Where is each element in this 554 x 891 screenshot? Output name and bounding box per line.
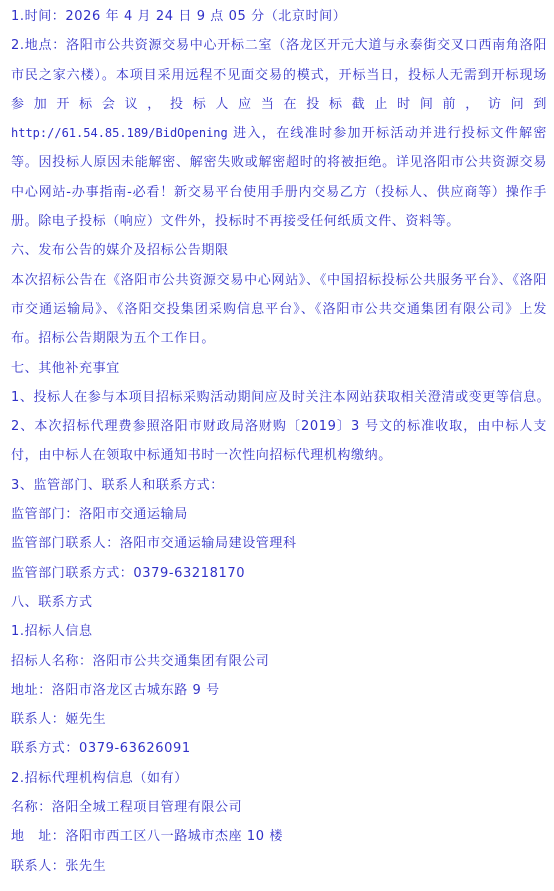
tenderer-phone: 联系方式：0379-63626091 <box>11 734 547 763</box>
supervisor-contact: 监管部门联系人：洛阳市交通运输局建设管理科 <box>11 529 547 558</box>
location-text-prefix: 2.地点：洛阳市公共资源交易中心开标二室（洛龙区开元大道与永泰街交叉口西南角洛阳… <box>11 38 547 112</box>
opening-location-paragraph: 2.地点：洛阳市公共资源交易中心开标二室（洛龙区开元大道与永泰街交叉口西南角洛阳… <box>11 31 547 236</box>
opening-time: 1.时间：2026 年 4 月 24 日 9 点 05 分（北京时间） <box>11 2 547 31</box>
section-8-heading: 八、联系方式 <box>11 588 547 617</box>
tenderer-address: 地址：洛阳市洛龙区古城东路 9 号 <box>11 676 547 705</box>
section-6-body: 本次招标公告在《洛阳市公共资源交易中心网站》、《中国招标投标公共服务平台》、《洛… <box>11 266 547 354</box>
section-7-item-1: 1、投标人在参与本项目招标采购活动期间应及时关注本网站获取相关澄清或变更等信息。 <box>11 383 547 412</box>
location-text-suffix: 进入，在线准时参加开标活动并进行投标文件解密等。因投标人原因未能解密、解密失败或… <box>11 126 547 229</box>
agency-address: 地 址：洛阳市西工区八一路城市杰座 10 楼 <box>11 822 547 851</box>
section-7-heading: 七、其他补充事宜 <box>11 354 547 383</box>
section-7-item-2: 2、本次招标代理费参照洛阳市财政局洛财购〔2019〕3 号文的标准收取，由中标人… <box>11 412 547 471</box>
agency-contact: 联系人：张先生 <box>11 852 547 881</box>
agency-heading: 2.招标代理机构信息（如有） <box>11 764 547 793</box>
bid-opening-url: http://61.54.85.189/BidOpening <box>11 126 228 140</box>
section-6-heading: 六、发布公告的媒介及招标公告期限 <box>11 236 547 265</box>
tenderer-contact: 联系人：姬先生 <box>11 705 547 734</box>
announcement-document: 1.时间：2026 年 4 月 24 日 9 点 05 分（北京时间） 2.地点… <box>0 0 547 881</box>
supervisor-dept: 监管部门：洛阳市交通运输局 <box>11 500 547 529</box>
tenderer-heading: 1.招标人信息 <box>11 617 547 646</box>
tenderer-name: 招标人名称：洛阳市公共交通集团有限公司 <box>11 647 547 676</box>
supervisor-phone: 监管部门联系方式：0379-63218170 <box>11 559 547 588</box>
agency-name: 名称：洛阳全城工程项目管理有限公司 <box>11 793 547 822</box>
section-7-item-3: 3、监管部门、联系人和联系方式： <box>11 471 547 500</box>
